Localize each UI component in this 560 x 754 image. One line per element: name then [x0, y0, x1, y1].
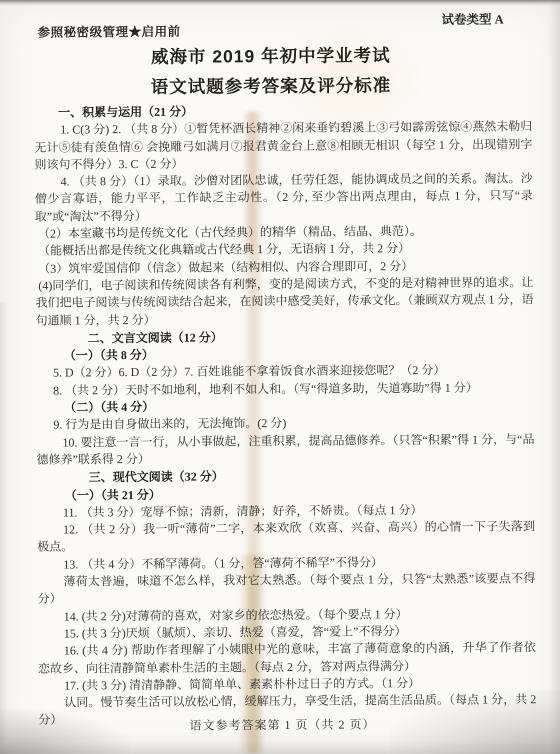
exam-title: 威海市 2019 年初中学业考试 [0, 41, 544, 70]
paper-type-label: 试卷类型 A [441, 9, 503, 27]
page-content: 参照秘密级管理★启用前 试卷类型 A 威海市 2019 年初中学业考试 语文试题… [0, 0, 560, 754]
scanned-exam-answer-page: 参照秘密级管理★启用前 试卷类型 A 威海市 2019 年初中学业考试 语文试题… [0, 0, 560, 754]
answer-key-subtitle: 语文试题参考答案及评分标准 [0, 71, 544, 100]
page-number-footer: 语文参考答案第 1 页（共 2 页） [2, 714, 560, 735]
security-classification-notice: 参照秘密级管理★启用前 [38, 22, 181, 41]
answer-paragraph-q10: 10. 要注意一言一行，从小事做起，注重积累，提高品德修养。（只答“积累”得 1… [36, 431, 534, 469]
answer-paragraph-q16: 16. (共 4 分) 帮助作者理解了小姨眼中光的意味，丰富了薄荷意象的内涵，升… [38, 639, 536, 677]
answer-body: 一、积累与运用（21 分） 1. C(3 分) 2. （共 8 分）①暂凭杯酒长… [34, 100, 536, 729]
answer-paragraph-q1-q3: 1. C(3 分) 2. （共 8 分）①暂凭杯酒长精神②闲来垂钓碧溪上③弓如霹… [34, 119, 532, 174]
answer-paragraph-q13-cont: 薄荷太普遍，味道不怎么样，我对它太熟悉。（每个要点 1 分，只答“太熟悉”该要点… [37, 570, 535, 608]
answer-paragraph-q4-4: (4)同学们，电子阅读和传统阅读各有利弊，变的是阅读方式，不变的是对精神世界的追… [35, 274, 533, 329]
answer-paragraph-q12: 12. （共 2 分）我一听“薄荷”二字，本来欢欣（欢喜、兴奋、高兴）的心情一下… [37, 518, 535, 556]
answer-paragraph-q4-1: 4. （共 8 分）（1）录取。沙僧对团队忠诚，任劳任怨，能协调成员之间的关系。… [35, 170, 533, 225]
answer-paragraph-q8: 8. （共 2 分）天时不如地利，地利不如人和。（写“得道多助，失道寡助”得 1… [36, 379, 534, 400]
